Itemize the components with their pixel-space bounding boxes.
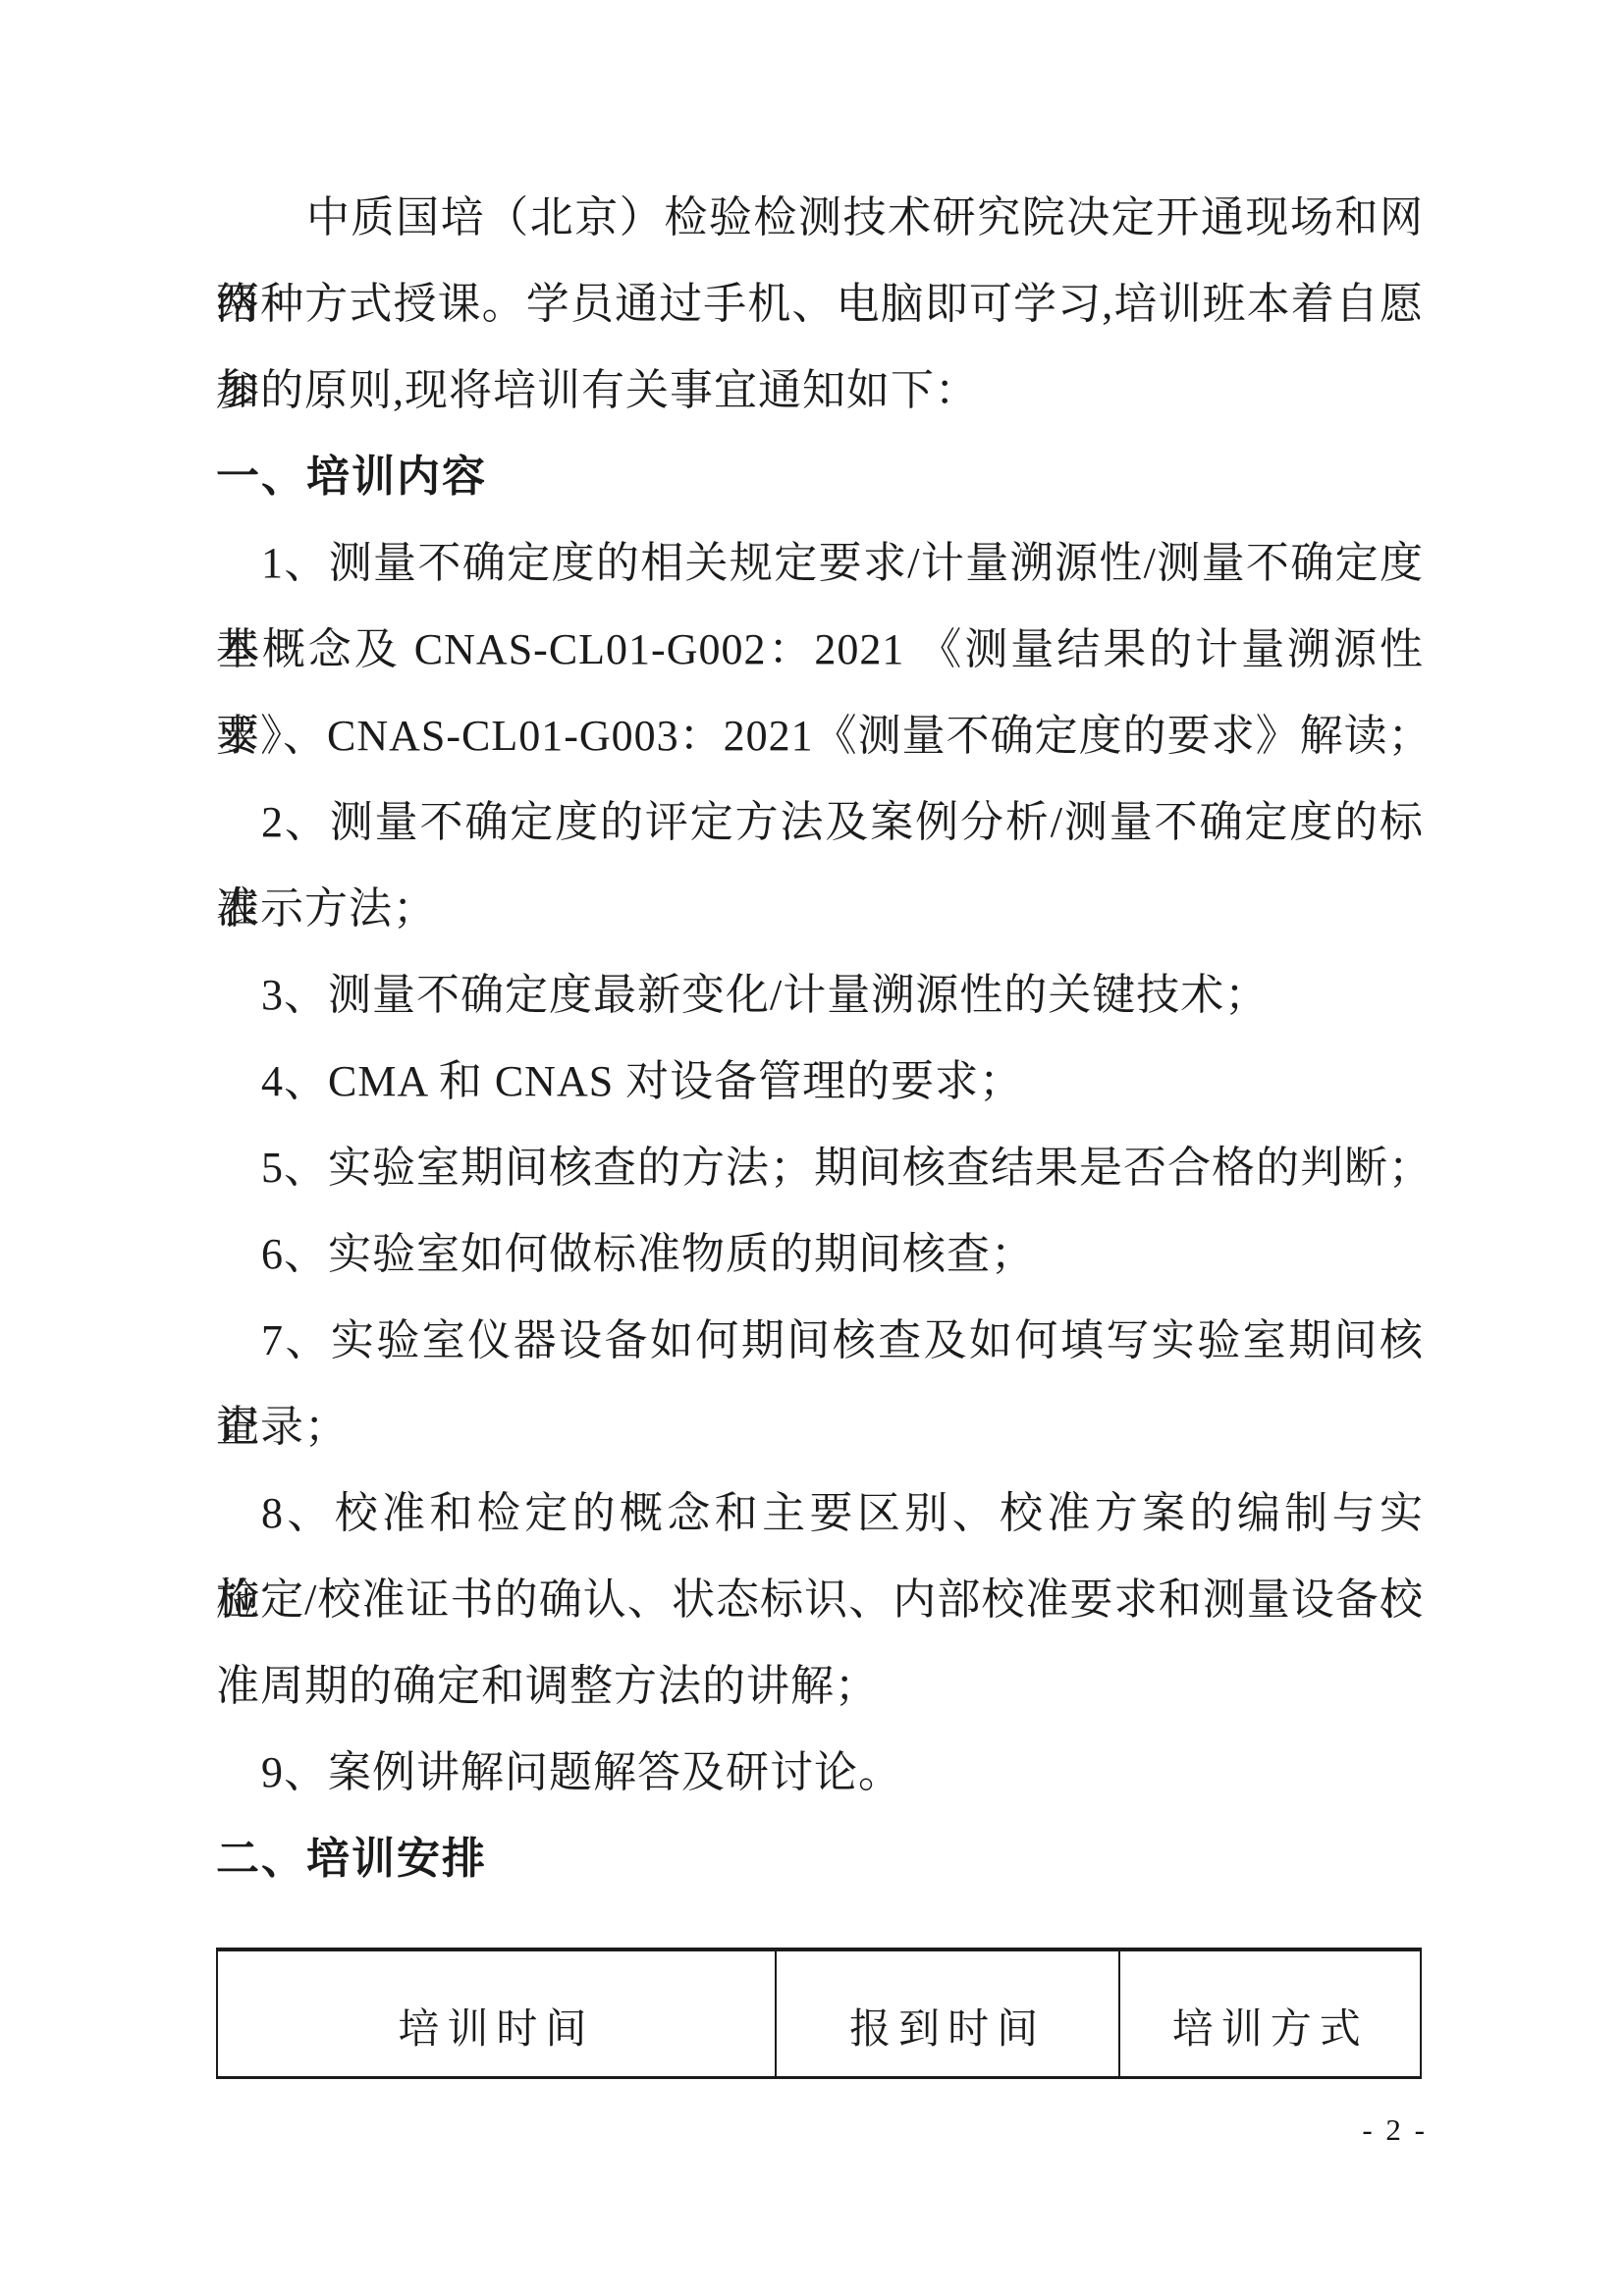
list-item-line: 7、实验室仪器设备如何期间核查及如何填写实验室期间核查 bbox=[216, 1298, 1424, 1384]
list-item-line: 6、实验室如何做标准物质的期间核查； bbox=[216, 1211, 1424, 1298]
list-item-line: 5、实验室期间核查的方法；期间核查结果是否合格的判断； bbox=[216, 1125, 1424, 1211]
intro-line: 中质国培（北京）检验检测技术研究院决定开通现场和网络 bbox=[216, 175, 1424, 261]
table-header-training-time: 培训时间 bbox=[217, 1949, 776, 2078]
table-header-row: 培训时间 报到时间 培训方式 bbox=[217, 1949, 1421, 2078]
list-item-line: 本概念及 CNAS-CL01-G002：2021 《测量结果的计量溯源性要 bbox=[216, 607, 1424, 693]
list-item-line: 表示方法； bbox=[216, 866, 1424, 952]
list-item-line: 4、CMA 和 CNAS 对设备管理的要求； bbox=[216, 1039, 1424, 1125]
list-item-line: 9、案例讲解问题解答及研讨论。 bbox=[216, 1730, 1424, 1816]
list-item-line: 准周期的确定和调整方法的讲解； bbox=[216, 1643, 1424, 1730]
document-body: 中质国培（北京）检验检测技术研究院决定开通现场和网络 两种方式授课。学员通过手机… bbox=[216, 175, 1424, 2079]
list-item-line: 1、测量不确定度的相关规定要求/计量溯源性/测量不确定度基 bbox=[216, 520, 1424, 607]
list-item-line: 3、测量不确定度最新变化/计量溯源性的关键技术； bbox=[216, 952, 1424, 1039]
intro-line: 加的原则,现将培训有关事宜通知如下： bbox=[216, 347, 1424, 434]
training-schedule-table: 培训时间 报到时间 培训方式 bbox=[216, 1948, 1422, 2079]
section1-heading: 一、培训内容 bbox=[216, 434, 1424, 520]
intro-line: 两种方式授课。学员通过手机、电脑即可学习,培训班本着自愿参 bbox=[216, 261, 1424, 347]
list-item-line: 8、校准和检定的概念和主要区别、校准方案的编制与实施、 bbox=[216, 1470, 1424, 1557]
list-item-line: 2、测量不确定度的评定方法及案例分析/测量不确定度的标准 bbox=[216, 779, 1424, 866]
list-item-line: 记录； bbox=[216, 1384, 1424, 1470]
document-page: 中质国培（北京）检验检测技术研究院决定开通现场和网络 两种方式授课。学员通过手机… bbox=[0, 0, 1624, 2296]
section2-heading: 二、培训安排 bbox=[216, 1816, 1424, 1902]
list-item-line: 检定/校准证书的确认、状态标识、内部校准要求和测量设备校 bbox=[216, 1557, 1424, 1643]
table-header-checkin-time: 报到时间 bbox=[776, 1949, 1120, 2078]
page-number: - 2 - bbox=[1362, 2112, 1428, 2148]
list-item-line: 求》、CNAS-CL01-G003：2021《测量不确定度的要求》解读； bbox=[216, 693, 1424, 779]
table-header-training-mode: 培训方式 bbox=[1119, 1949, 1421, 2078]
